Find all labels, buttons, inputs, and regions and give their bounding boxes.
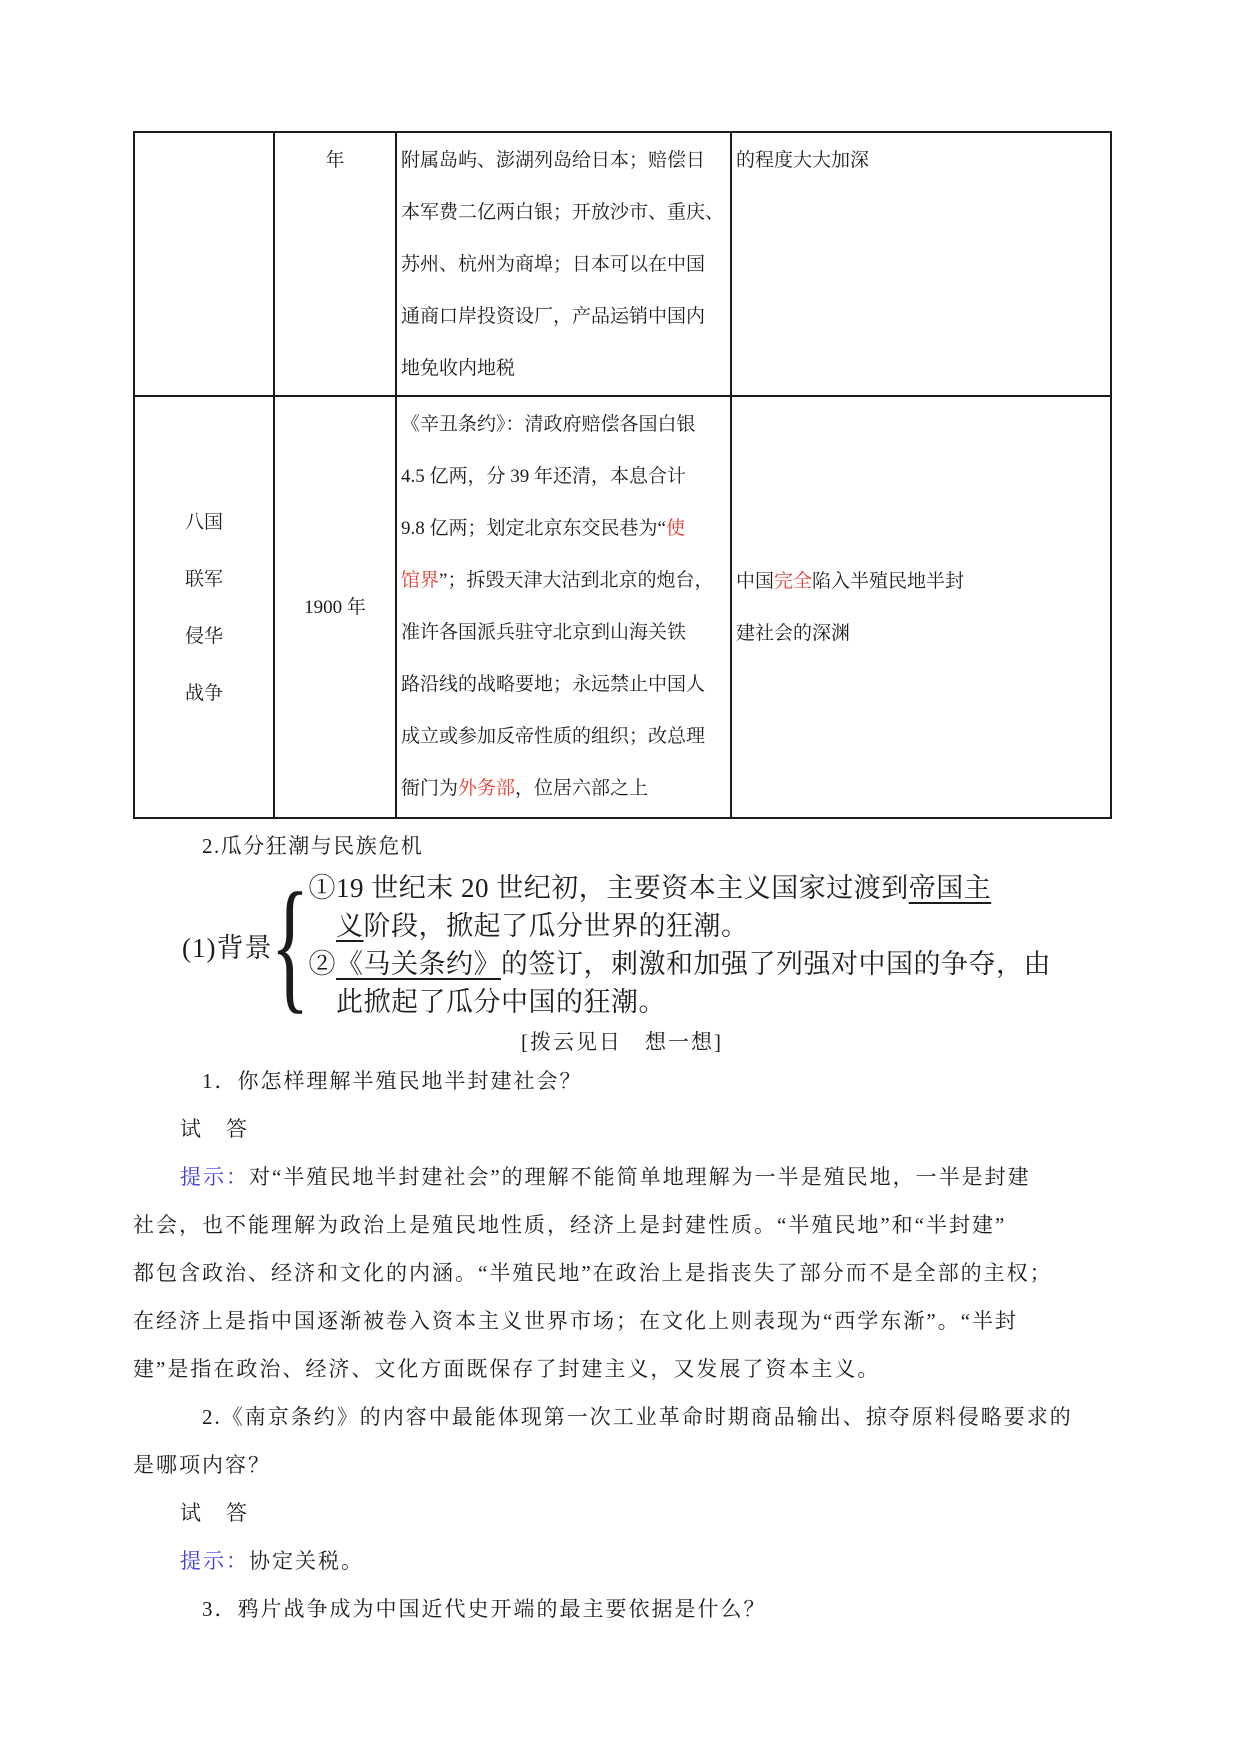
impact-cell-row2: 中国完全陷入半殖民地半封 建社会的深渊 [731,396,1111,818]
war-cell-row1 [134,132,274,396]
question-2: 2.《南京条约》的内容中最能体现第一次工业革命时期商品输出、掠夺原料侵略要求的 … [133,1393,1111,1489]
document-page: 年 附属岛屿、澎湖列岛给日本；赔偿日 本军费二亿两白银；开放沙市、重庆、 苏州、… [0,0,1241,1754]
try-answer-2: 试 答 [133,1489,1111,1537]
question-3: 3．鸦片战争成为中国近代史开端的最主要依据是什么？ [133,1585,1111,1633]
background-block: (1)背景 { ①19 世纪末 20 世纪初，主要资本主义国家过渡到帝国主 义阶… [182,869,1111,1021]
hint-1: 提示：对“半殖民地半封建社会”的理解不能简单地理解为一半是殖民地，一半是封建 社… [133,1153,1111,1393]
question-1: 1．你怎样理解半殖民地半封建社会？ [133,1057,1111,1105]
treaty-cell-row1: 附属岛屿、澎湖列岛给日本；赔偿日 本军费二亿两白银；开放沙市、重庆、 苏州、杭州… [396,132,731,396]
background-items: ①19 世纪末 20 世纪初，主要资本主义国家过渡到帝国主 义阶段，掀起了瓜分世… [308,869,1070,1021]
hint-2: 提示：协定关税。 [133,1537,1111,1585]
think-section-header: [拨云见日 想一想] [133,1027,1111,1057]
left-brace-icon: { [281,869,301,1021]
background-label: (1)背景 [182,926,272,965]
try-answer-1: 试 答 [133,1105,1111,1153]
year-cell-row2: 1900 年 [274,396,396,818]
treaty-cell-row2: 《辛丑条约》：清政府赔偿各国白银 4.5 亿两，分 39 年还清，本息合计 9.… [396,396,731,818]
section-heading: 2.瓜分狂潮与民族危机 [133,831,1111,861]
impact-cell-row1: 的程度大大加深 [731,132,1111,396]
table-row-shimonoseki: 年 附属岛屿、澎湖列岛给日本；赔偿日 本军费二亿两白银；开放沙市、重庆、 苏州、… [134,132,1111,396]
war-cell-row2: 八国 联军 侵华 战争 [134,396,274,818]
table-row-boxer: 八国 联军 侵华 战争 1900 年 《辛丑条约》：清政府赔偿各国白银 4.5 … [134,396,1111,818]
year-cell-row1: 年 [274,132,396,396]
treaty-table: 年 附属岛屿、澎湖列岛给日本；赔偿日 本军费二亿两白银；开放沙市、重庆、 苏州、… [133,131,1112,819]
